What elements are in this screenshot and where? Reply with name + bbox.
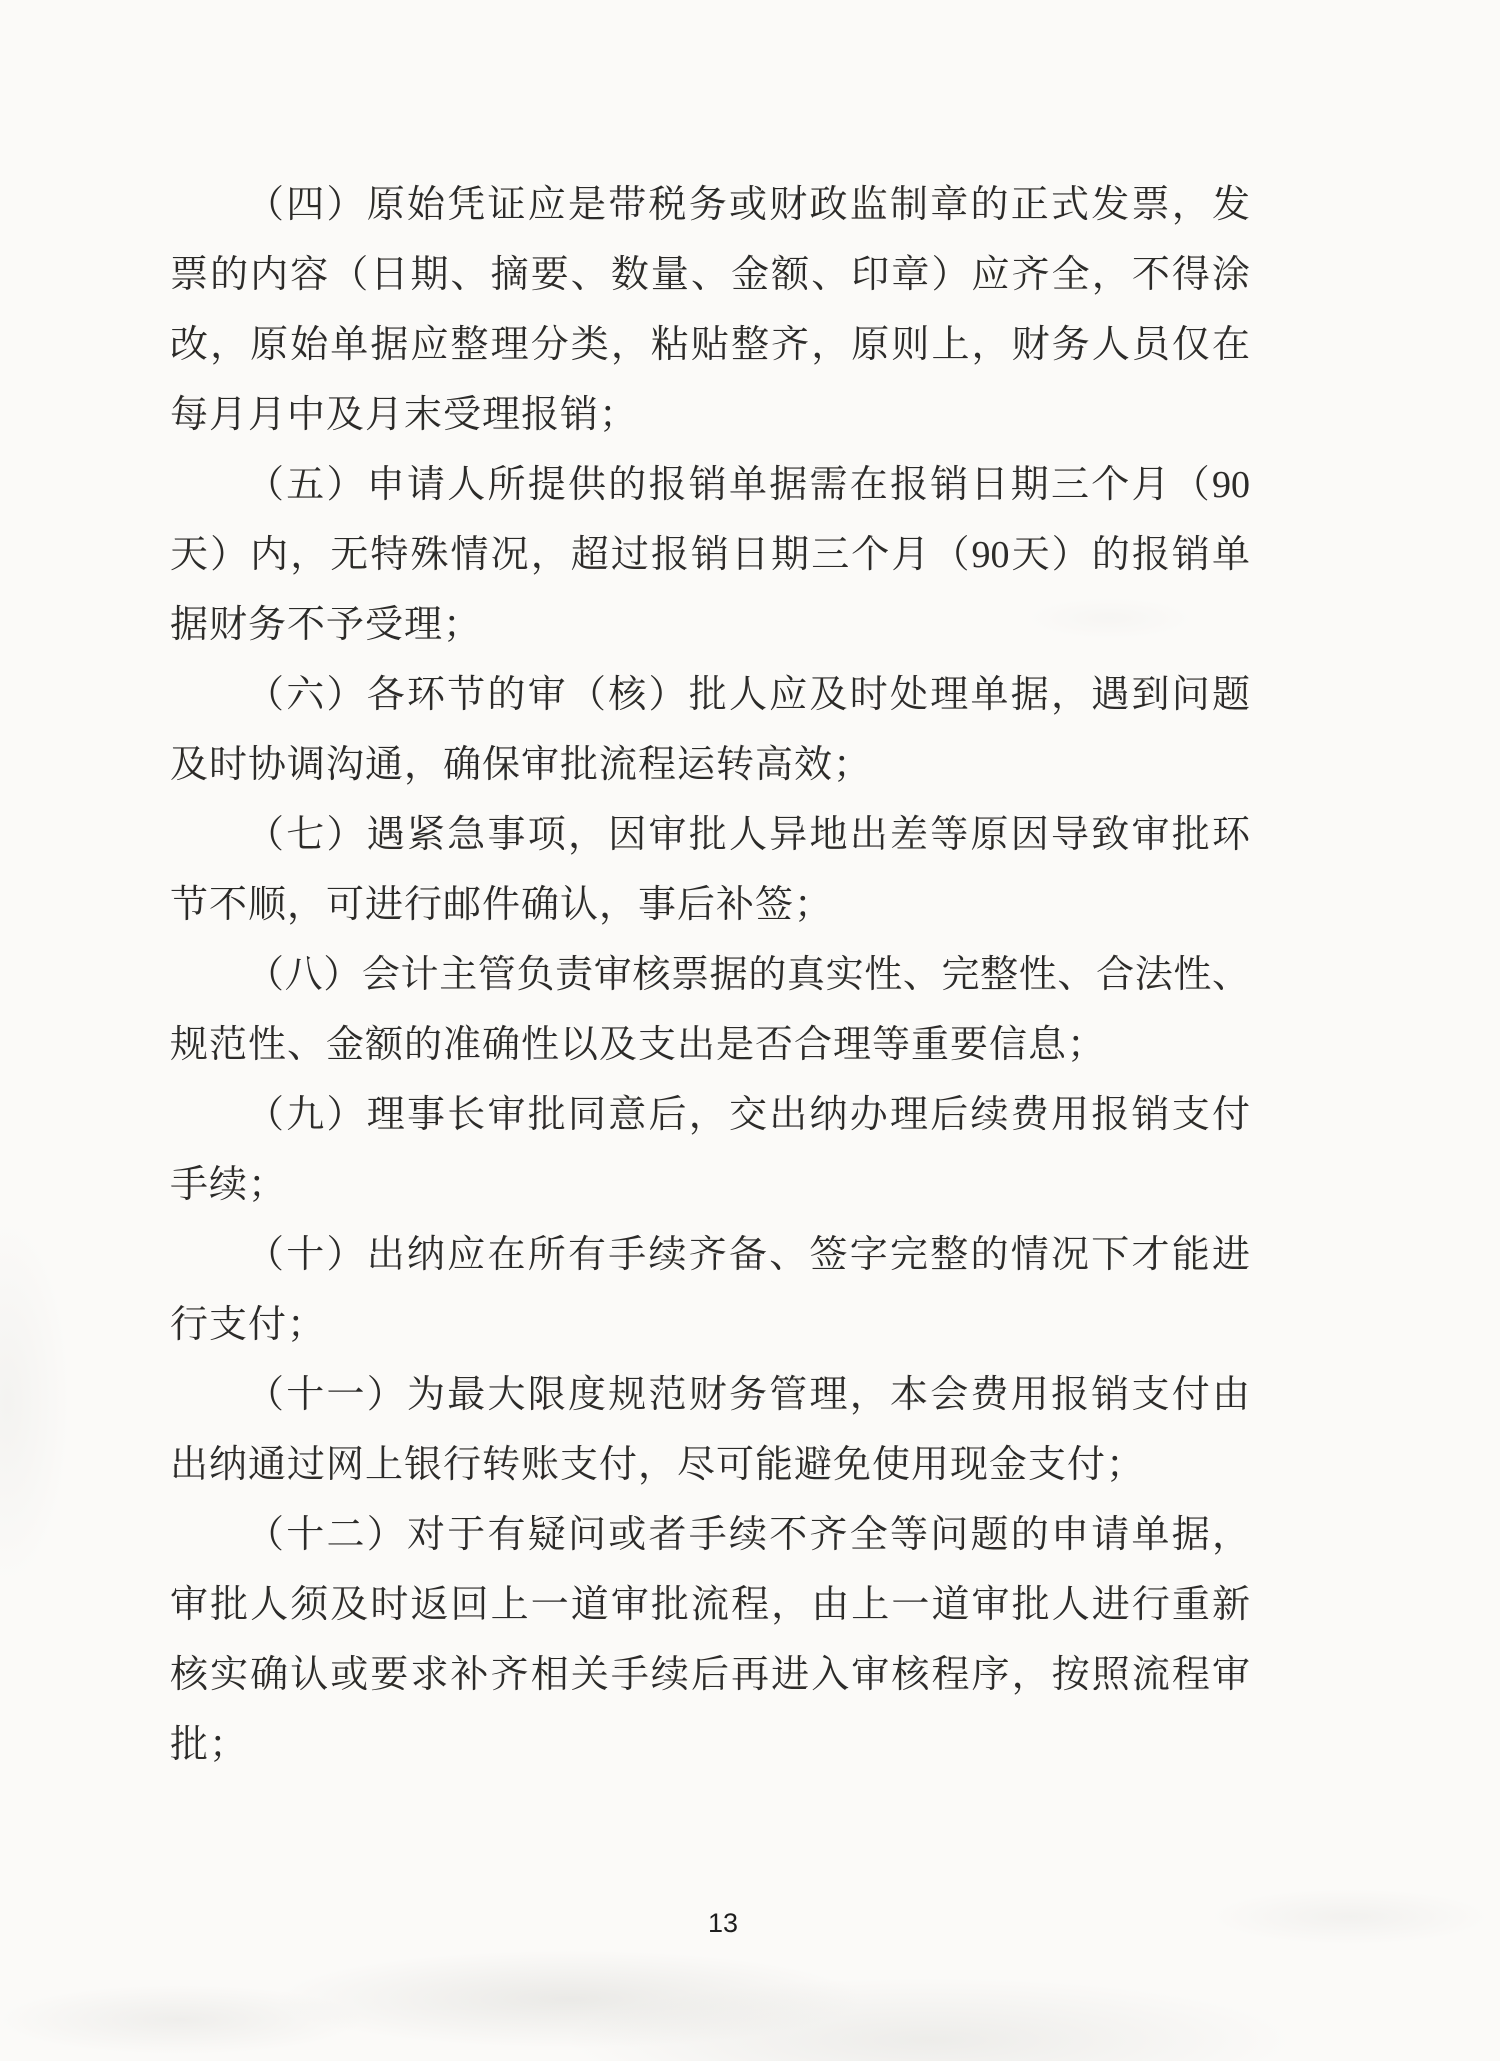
scanned-page: （四）原始凭证应是带税务或财政监制章的正式发票，发 票的内容（日期、摘要、数量、… [0,0,1500,2061]
paragraph-item-6: （六）各环节的审（核）批人应及时处理单据，遇到问题 及时协调沟通，确保审批流程运… [170,660,1250,800]
paragraph-item-12: （十二）对于有疑问或者手续不齐全等问题的申请单据， 审批人须及时返回上一道审批流… [170,1500,1250,1780]
paragraph-item-11: （十一）为最大限度规范财务管理，本会费用报销支付由 出纳通过网上银行转账支付，尽… [170,1360,1250,1500]
document-body: （四）原始凭证应是带税务或财政监制章的正式发票，发 票的内容（日期、摘要、数量、… [170,170,1250,1780]
text-line: （十二）对于有疑问或者手续不齐全等问题的申请单据， [170,1500,1250,1570]
text-line: （九）理事长审批同意后，交出纳办理后续费用报销支付 [170,1080,1250,1150]
text-line: 批； [170,1710,1250,1780]
text-line: （十一）为最大限度规范财务管理，本会费用报销支付由 [170,1360,1250,1430]
text-line: 手续； [170,1150,1250,1220]
text-line: （十）出纳应在所有手续齐备、签字完整的情况下才能进 [170,1220,1250,1290]
text-line: （四）原始凭证应是带税务或财政监制章的正式发票，发 [170,170,1250,240]
text-line: 票的内容（日期、摘要、数量、金额、印章）应齐全，不得涂 [170,240,1250,310]
text-line: 规范性、金额的准确性以及支出是否合理等重要信息； [170,1010,1250,1080]
text-line: 每月月中及月末受理报销； [170,380,1250,450]
text-line: 据财务不予受理； [170,590,1250,660]
text-line: 及时协调沟通，确保审批流程运转高效； [170,730,1250,800]
page-number: 13 [0,1908,1446,1939]
paragraph-item-10: （十）出纳应在所有手续齐备、签字完整的情况下才能进 行支付； [170,1220,1250,1360]
paragraph-item-4: （四）原始凭证应是带税务或财政监制章的正式发票，发 票的内容（日期、摘要、数量、… [170,170,1250,450]
text-line: （六）各环节的审（核）批人应及时处理单据，遇到问题 [170,660,1250,730]
text-line: 出纳通过网上银行转账支付，尽可能避免使用现金支付； [170,1430,1250,1500]
paragraph-item-5: （五）申请人所提供的报销单据需在报销日期三个月（90 天）内，无特殊情况，超过报… [170,450,1250,660]
paragraph-item-9: （九）理事长审批同意后，交出纳办理后续费用报销支付 手续； [170,1080,1250,1220]
text-line: 核实确认或要求补齐相关手续后再进入审核程序，按照流程审 [170,1640,1250,1710]
paragraph-item-8: （八）会计主管负责审核票据的真实性、完整性、合法性、 规范性、金额的准确性以及支… [170,940,1250,1080]
text-line: 改，原始单据应整理分类，粘贴整齐，原则上，财务人员仅在 [170,310,1250,380]
text-line: 节不顺，可进行邮件确认，事后补签； [170,870,1250,940]
paragraph-item-7: （七）遇紧急事项，因审批人异地出差等原因导致审批环 节不顺，可进行邮件确认，事后… [170,800,1250,940]
text-line: （八）会计主管负责审核票据的真实性、完整性、合法性、 [170,940,1250,1010]
text-line: （七）遇紧急事项，因审批人异地出差等原因导致审批环 [170,800,1250,870]
text-line: （五）申请人所提供的报销单据需在报销日期三个月（90 [170,450,1250,520]
text-line: 天）内，无特殊情况，超过报销日期三个月（90天）的报销单 [170,520,1250,590]
text-line: 审批人须及时返回上一道审批流程，由上一道审批人进行重新 [170,1570,1250,1640]
text-line: 行支付； [170,1290,1250,1360]
